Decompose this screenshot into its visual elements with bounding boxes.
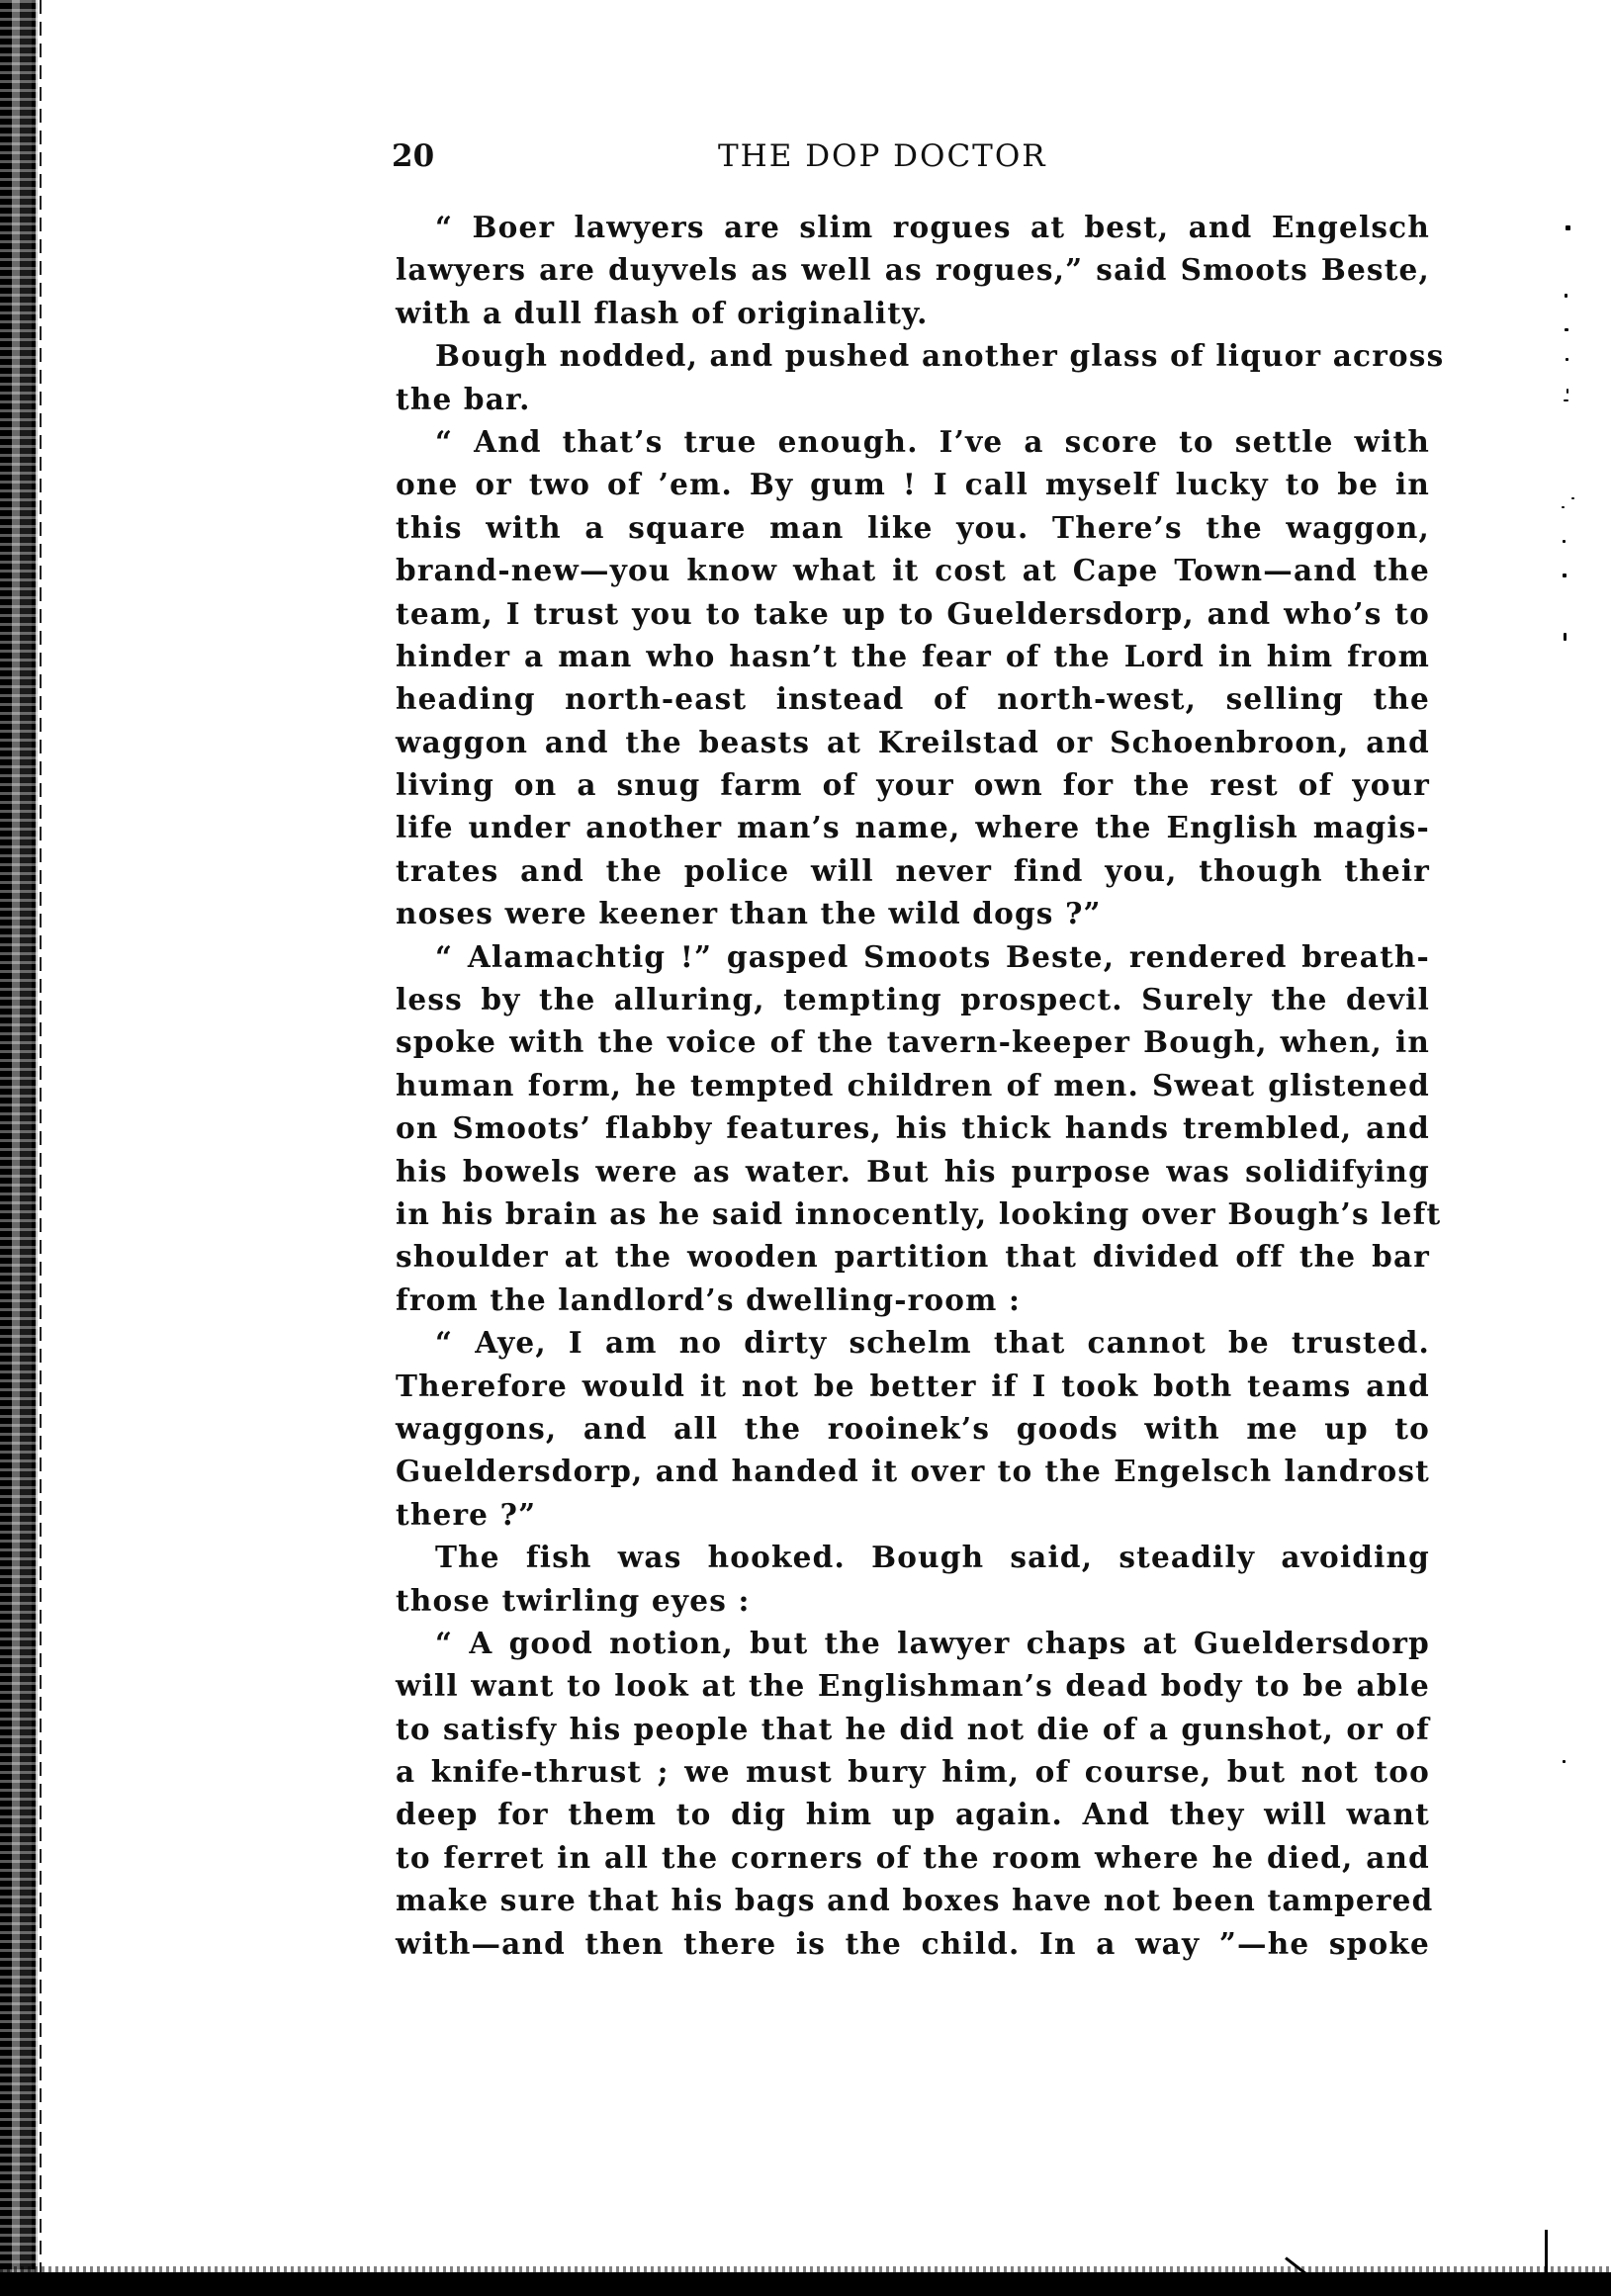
- text-line: to ferret in all the corners of the room…: [396, 1836, 1430, 1879]
- text-line: his bowels were as water. But his purpos…: [396, 1150, 1430, 1192]
- scan-speck: [1563, 574, 1566, 577]
- scan-speck: [1565, 294, 1567, 298]
- text-line: the bar.: [396, 378, 1430, 420]
- text-line: spoke with the voice of the tavern-keepe…: [396, 1020, 1430, 1063]
- text-line: with a dull flash of originality.: [396, 292, 1430, 334]
- text-line: from the landlord’s dwelling-room :: [396, 1279, 1430, 1321]
- text-line: living on a snug farm of your own for th…: [396, 763, 1430, 806]
- text-line: will want to look at the Englishman’s de…: [396, 1664, 1430, 1707]
- text-line: The fish was hooked. Bough said, steadil…: [396, 1536, 1430, 1578]
- text-line: “ Boer lawyers are slim rogues at best, …: [396, 206, 1430, 248]
- scan-speck: [1566, 225, 1570, 230]
- text-line: “ Aye, I am no dirty schelm that cannot …: [396, 1321, 1430, 1364]
- text-line: “ And that’s true enough. I’ve a score t…: [396, 420, 1430, 463]
- scan-speck: [1563, 540, 1566, 543]
- scan-speck: [1563, 1760, 1566, 1763]
- text-line: life under another man’s name, where the…: [396, 806, 1430, 848]
- scan-speck: [1571, 497, 1574, 499]
- text-line: deep for them to dig him up again. And t…: [396, 1793, 1430, 1835]
- text-line: less by the alluring, tempting prospect.…: [396, 978, 1430, 1020]
- text-line: human form, he tempted children of men. …: [396, 1064, 1430, 1106]
- text-line: those twirling eyes :: [396, 1579, 1430, 1622]
- scan-speck: [1564, 399, 1568, 401]
- text-line: lawyers are duyvels as well as rogues,” …: [396, 248, 1430, 291]
- text-line: waggons, and all the rooinek’s goods wit…: [396, 1407, 1430, 1450]
- scan-speck: [1565, 328, 1568, 331]
- scan-speck: [1564, 633, 1566, 641]
- text-line: “ A good notion, but the lawyer chaps at…: [396, 1622, 1430, 1664]
- scan-bottom-band: [0, 2272, 1611, 2296]
- text-line: team, I trust you to take up to Guelders…: [396, 592, 1430, 635]
- text-line: a knife-thrust ; we must bury him, of co…: [396, 1750, 1430, 1793]
- body-text: “ Boer lawyers are slim rogues at best, …: [396, 206, 1430, 1965]
- text-line: brand-new—you know what it cost at Cape …: [396, 549, 1430, 591]
- text-line: to satisfy his people that he did not di…: [396, 1708, 1430, 1750]
- text-line: make sure that his bags and boxes have n…: [396, 1879, 1430, 1921]
- text-line: hinder a man who hasn’t the fear of the …: [396, 635, 1430, 677]
- text-line: “ Alamachtig !” gasped Smoots Beste, ren…: [396, 935, 1430, 978]
- text-line: this with a square man like you. There’s…: [396, 506, 1430, 549]
- text-line: on Smoots’ flabby features, his thick ha…: [396, 1106, 1430, 1149]
- text-line: there ?”: [396, 1493, 1430, 1536]
- page-binding-edge: [0, 0, 42, 2296]
- scan-speck: [1566, 358, 1568, 361]
- scan-speck: [1566, 389, 1568, 394]
- text-line: heading north-east instead of north-west…: [396, 677, 1430, 720]
- text-line: trates and the police will never find yo…: [396, 849, 1430, 892]
- text-line: shoulder at the wooden partition that di…: [396, 1235, 1430, 1278]
- page-number: 20: [392, 138, 434, 174]
- text-line: noses were keener than the wild dogs ?”: [396, 892, 1430, 934]
- text-line: in his brain as he said innocently, look…: [396, 1192, 1430, 1235]
- scan-speck: [1562, 506, 1565, 508]
- text-line: waggon and the beasts at Kreilstad or Sc…: [396, 721, 1430, 763]
- text-line: one or two of ’em. By gum ! I call mysel…: [396, 463, 1430, 505]
- running-title: THE DOP DOCTOR: [718, 138, 1047, 174]
- text-line: Gueldersdorp, and handed it over to the …: [396, 1450, 1430, 1492]
- text-line: Bough nodded, and pushed another glass o…: [396, 334, 1430, 377]
- text-line: with—and then there is the child. In a w…: [396, 1922, 1430, 1965]
- text-line: Therefore would it not be better if I to…: [396, 1365, 1430, 1407]
